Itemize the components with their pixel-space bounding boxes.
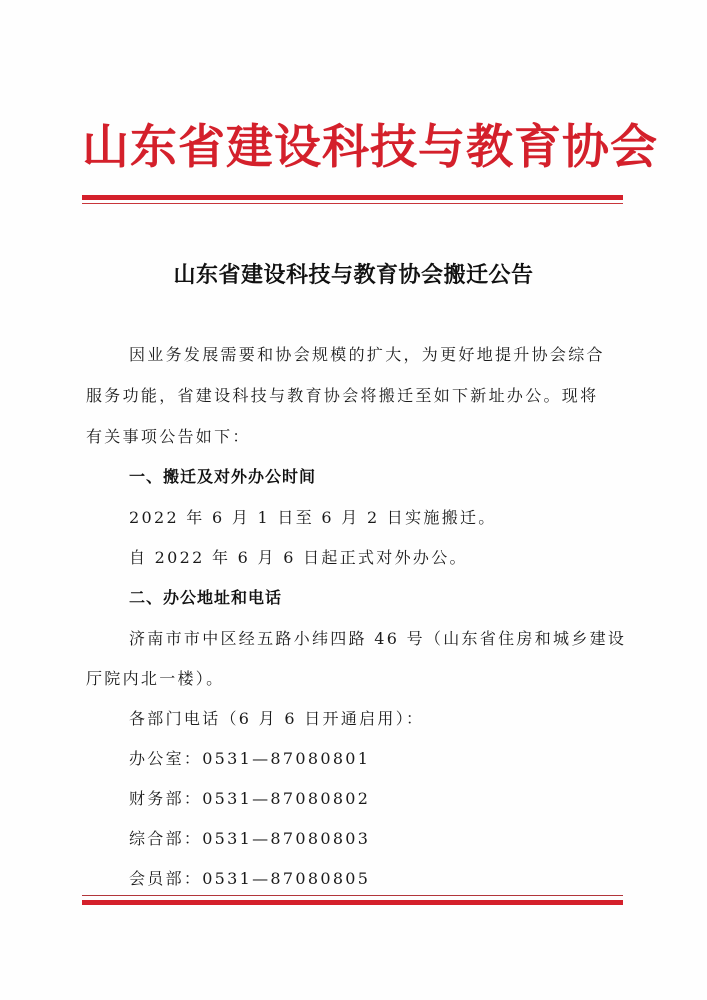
footer-thick-rule (82, 900, 623, 905)
masthead-org-name: 山东省建设科技与教育协会 (82, 118, 624, 178)
phone-membership: 会员部：0531—87080805 (129, 869, 669, 889)
footer-thin-rule (82, 895, 623, 896)
phone-finance: 财务部：0531—87080802 (129, 789, 669, 809)
phone-general: 综合部：0531—87080803 (129, 829, 669, 849)
document-page: 山东省建设科技与教育协会 山东省建设科技与教育协会搬迁公告 因业务发展需要和协会… (0, 0, 707, 1000)
address-line-1: 济南市市中区经五路小纬四路 46 号（山东省住房和城乡建设 (129, 629, 669, 649)
phone-office: 办公室：0531—87080801 (129, 749, 669, 769)
section-2-heading: 二、办公地址和电话 (129, 588, 669, 608)
masthead-thick-rule (82, 195, 623, 200)
section-1-line-2: 自 2022 年 6 月 6 日起正式对外办公。 (129, 548, 669, 568)
section-1-heading: 一、搬迁及对外办公时间 (129, 467, 669, 487)
section-1-line-1: 2022 年 6 月 1 日至 6 月 2 日实施搬迁。 (129, 508, 669, 528)
intro-line-2: 服务功能，省建设科技与教育协会将搬迁至如下新址办公。现将 (86, 386, 626, 406)
intro-line-3: 有关事项公告如下： (86, 427, 626, 447)
phones-intro: 各部门电话（6 月 6 日开通启用）： (129, 709, 669, 729)
document-title: 山东省建设科技与教育协会搬迁公告 (0, 258, 707, 289)
masthead-thin-rule (82, 203, 623, 204)
address-line-2: 厅院内北一楼）。 (86, 669, 626, 689)
intro-line-1: 因业务发展需要和协会规模的扩大，为更好地提升协会综合 (129, 345, 669, 365)
